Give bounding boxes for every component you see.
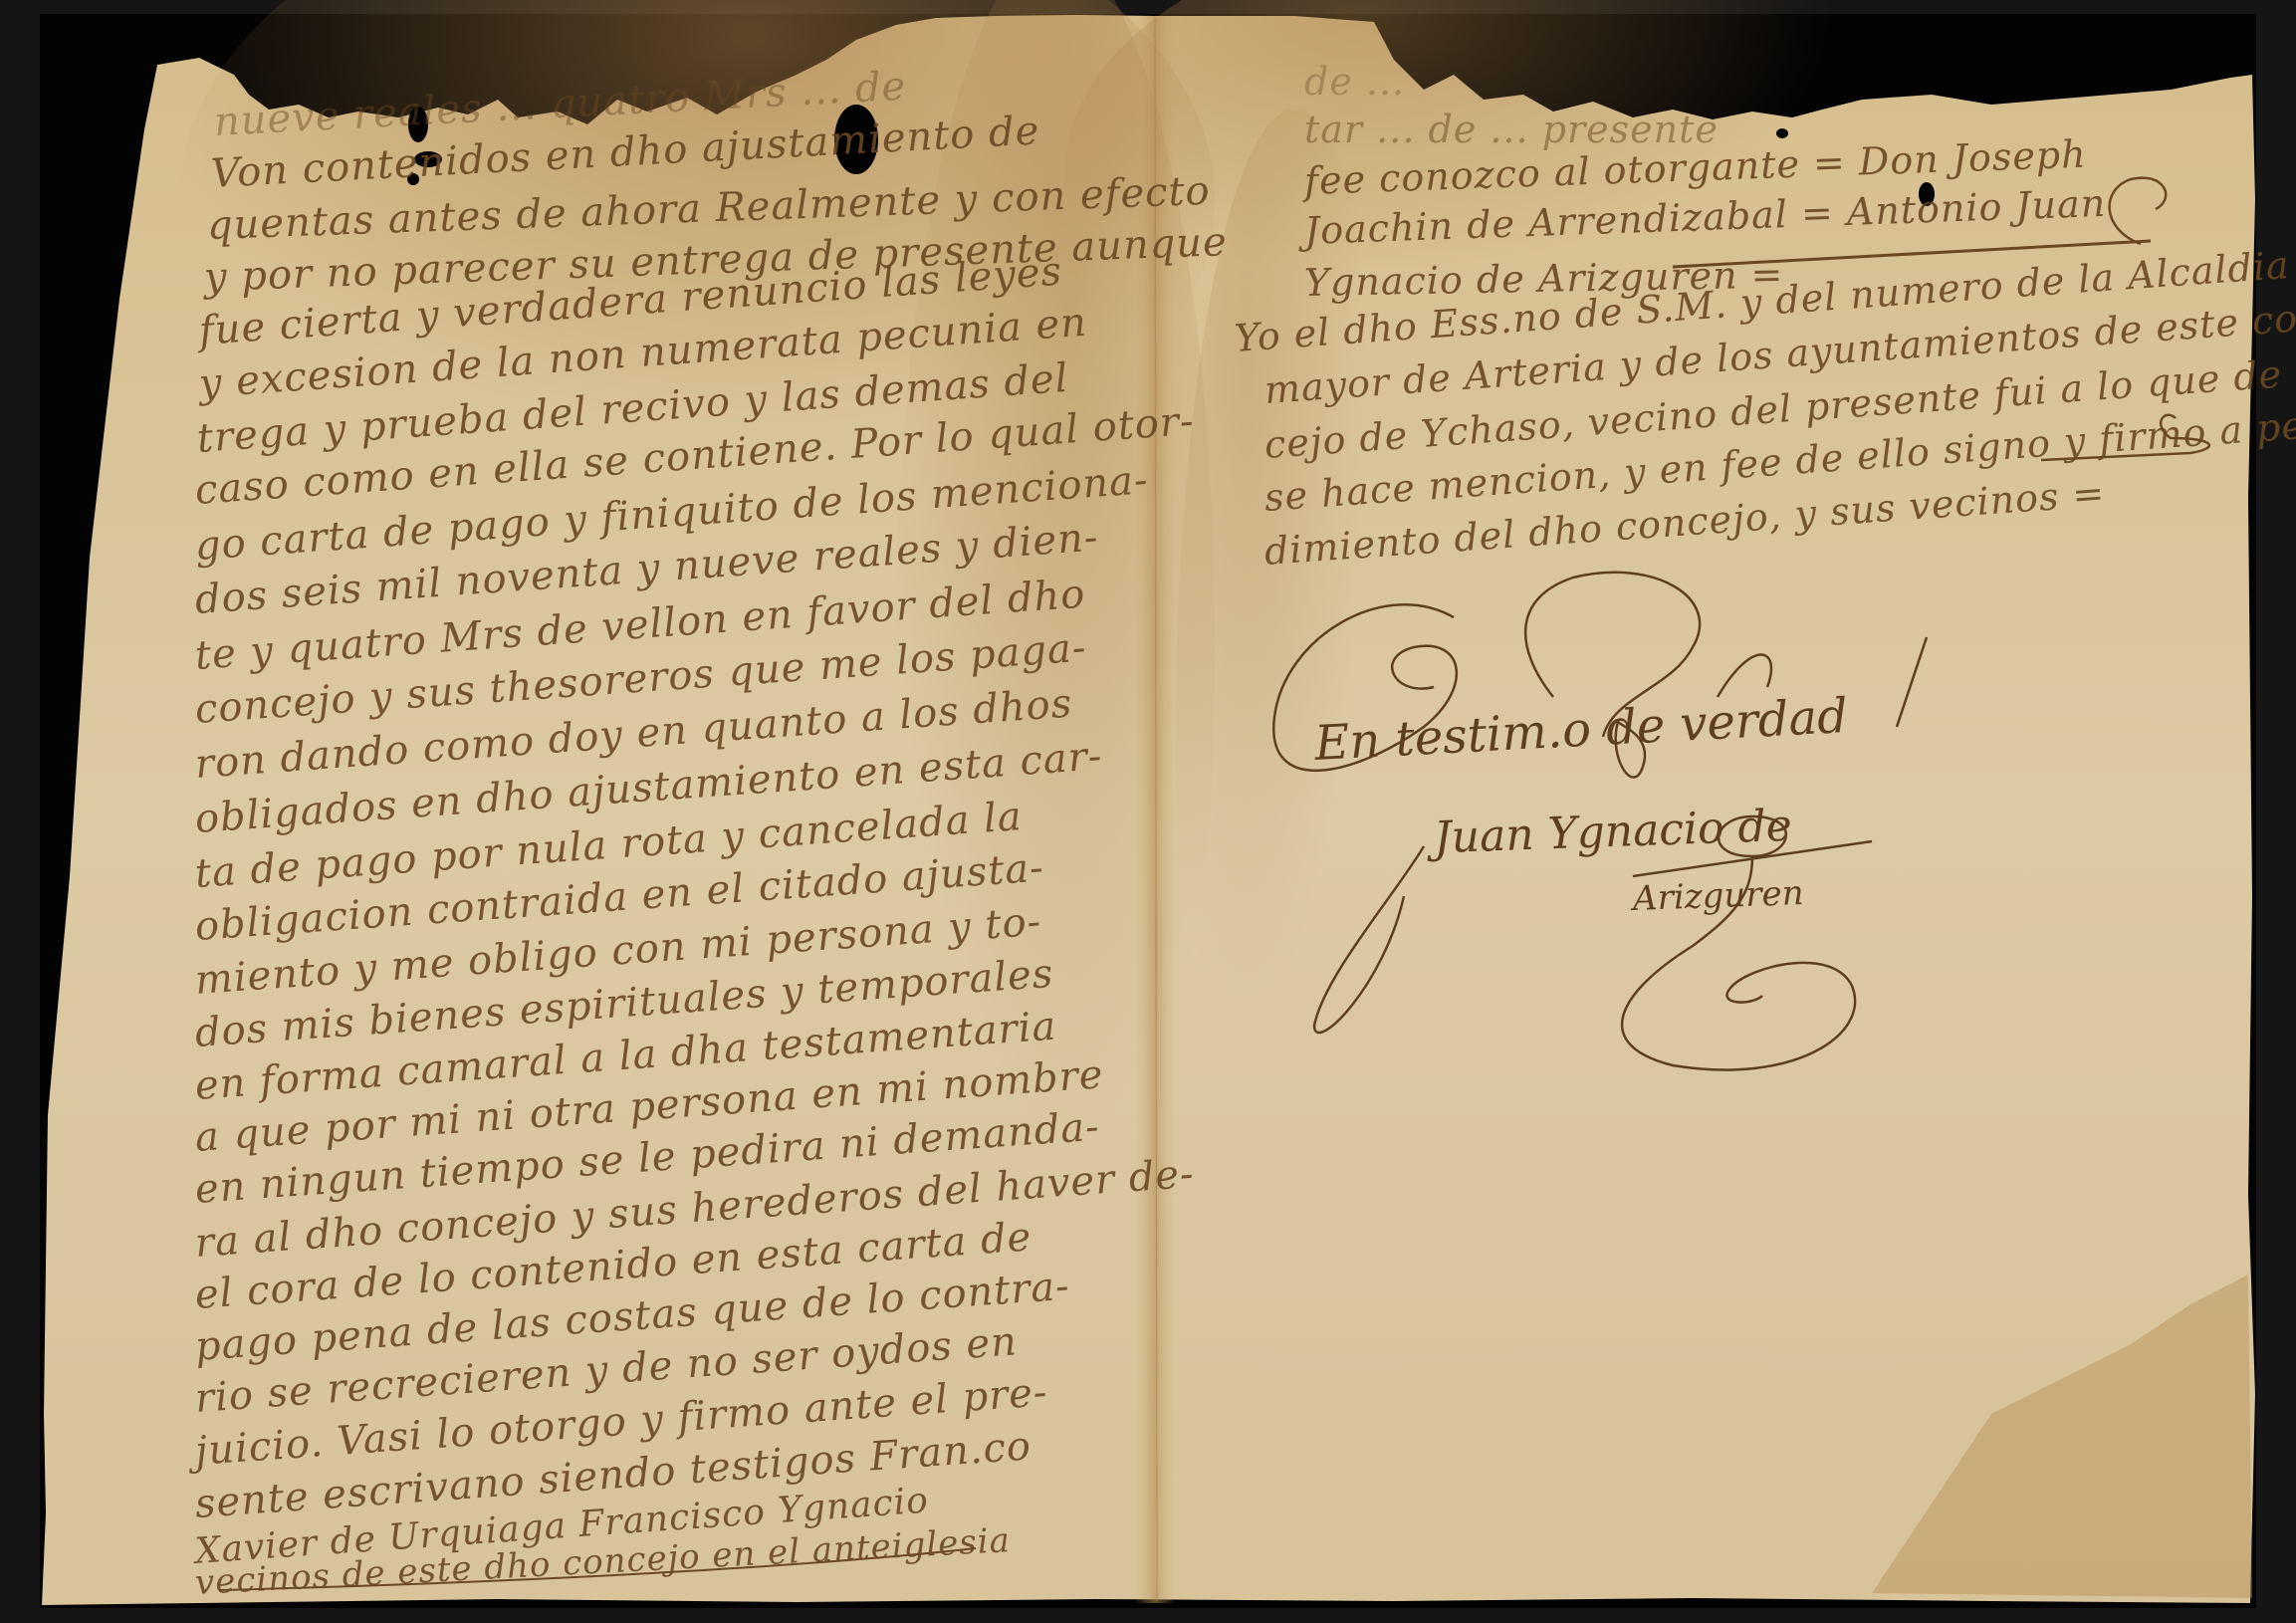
signature-attestation: En testim.o de verdad xyxy=(1313,688,1849,772)
right-page: de ... tar ... de ... presente fee conoz… xyxy=(1155,0,2260,1623)
left-page: nueve reales ... quatro Mrs ... de Von c… xyxy=(0,0,1145,1623)
manuscript-sheet: nueve reales ... quatro Mrs ... de Von c… xyxy=(0,0,2296,1623)
signature-name-line-2: Arizguren xyxy=(1632,873,1804,919)
signature-name-line-1: Juan Ygnacio de xyxy=(1433,801,1792,864)
text-line: de ... xyxy=(1304,60,1405,104)
text-line: tar ... de ... presente xyxy=(1304,108,1719,151)
